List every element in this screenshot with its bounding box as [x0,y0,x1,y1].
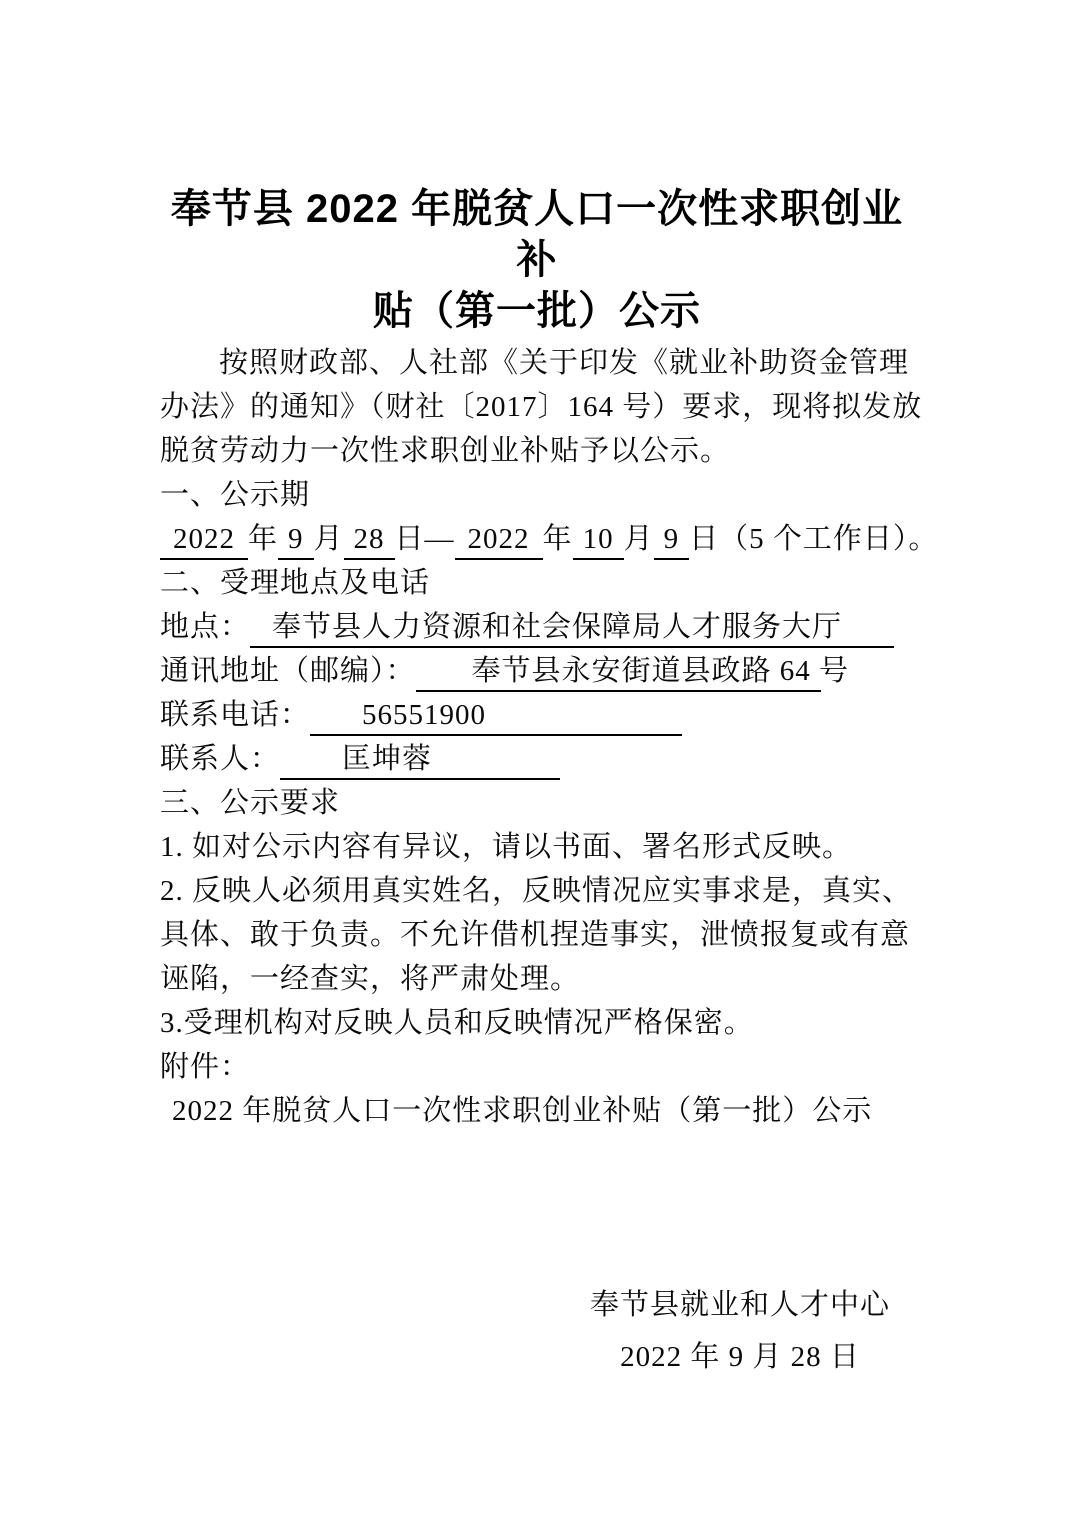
attachment-title: 2022 年脱贫人口一次性求职创业补贴（第一批）公示 [160,1089,914,1133]
document-title-line1: 奉节县 2022 年脱贫人口一次性求职创业补 [160,184,914,286]
field-phone-label: 联系电话： [160,693,310,737]
requirement-item2-line3: 诬陷，一经查实，将严肃处理。 [160,957,914,1001]
field-contact: 联系人：匡坤蓉 [160,737,914,781]
intro-line3: 脱贫劳动力一次性求职创业补贴予以公示。 [160,429,914,473]
period-year2-label: 年 [543,523,573,555]
attachment-label: 附件： [160,1045,914,1089]
period-start-month: 9 [278,520,314,560]
field-location-value: 奉节县人力资源和社会保障局人才服务大厅 [250,608,894,648]
field-phone: 联系电话：56551900 [160,693,914,737]
section2-heading: 二、受理地点及电话 [160,561,914,605]
period-dash-label: 日— [395,523,455,555]
intro-line1: 按照财政部、人社部《关于印发《就业补助资金管理 [160,341,914,385]
period-end-month: 10 [573,520,624,560]
field-location: 地点：奉节县人力资源和社会保障局人才服务大厅 [160,605,914,649]
requirement-item3: 3.受理机构对反映人员和反映情况严格保密。 [160,1001,914,1045]
document-page: 奉节县 2022 年脱贫人口一次性求职创业补 贴（第一批）公示 按照财政部、人社… [0,0,1074,1520]
field-contact-label: 联系人： [160,737,280,781]
requirement-item2-line2: 具体、敢于负责。不允许借机捏造事实，泄愤报复或有意 [160,913,914,957]
period-month2-label: 月 [624,523,654,555]
intro-line2: 办法》的通知》（财社〔2017〕164 号）要求，现将拟发放 [160,385,914,429]
section1-heading: 一、公示期 [160,473,914,517]
publicity-period-line: 2022年9月28日—2022年10月9日（5 个工作日）。 [160,517,914,561]
signature-block: 奉节县就业和人才中心 2022 年 9 月 28 日 [580,1279,900,1383]
period-year1-label: 年 [248,523,278,555]
period-month1-label: 月 [314,523,344,555]
field-contact-value: 匡坤蓉 [280,740,560,780]
period-end-year: 2022 [455,520,543,560]
period-start-year: 2022 [160,520,248,560]
document-body: 按照财政部、人社部《关于印发《就业补助资金管理 办法》的通知》（财社〔2017〕… [160,341,914,1133]
document-content: 奉节县 2022 年脱贫人口一次性求职创业补 贴（第一批）公示 按照财政部、人社… [160,184,914,1383]
signature-org: 奉节县就业和人才中心 [580,1279,900,1331]
period-start-day: 28 [344,520,395,560]
document-title-line2: 贴（第一批）公示 [160,286,914,337]
field-address: 通讯地址（邮编）：奉节县永安街道县政路 64 号 [160,649,914,693]
requirement-item1: 1. 如对公示内容有异议，请以书面、署名形式反映。 [160,825,914,869]
field-location-label: 地点： [160,605,250,649]
field-address-value: 奉节县永安街道县政路 64 号 [416,652,821,692]
period-end-day: 9 [654,520,690,560]
document-title: 奉节县 2022 年脱贫人口一次性求职创业补 贴（第一批）公示 [160,184,914,337]
field-phone-value: 56551900 [310,696,682,736]
field-address-label: 通讯地址（邮编）： [160,649,416,693]
requirement-item2-line1: 2. 反映人必须用真实姓名，反映情况应实事求是，真实、 [160,869,914,913]
period-tail: 日（5 个工作日）。 [689,523,938,555]
signature-date: 2022 年 9 月 28 日 [580,1331,900,1383]
section3-heading: 三、公示要求 [160,781,914,825]
